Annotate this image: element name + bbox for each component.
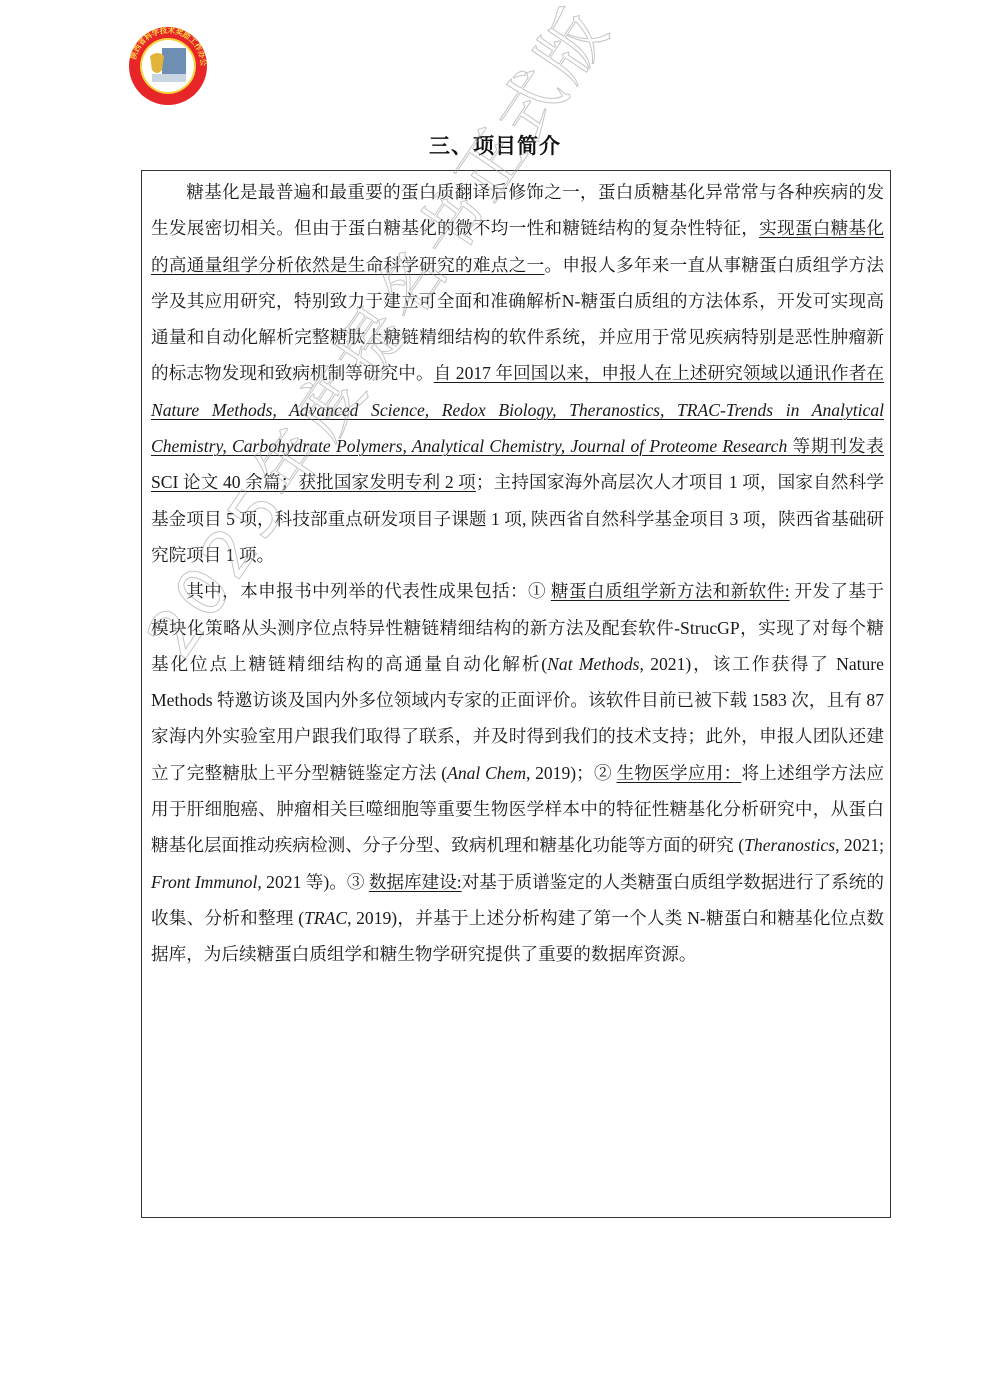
organization-seal-logo: 陕西省科学技术奖励工作办公室 [128,26,208,106]
summary-paragraph-2: 其中，本申报书中列举的代表性成果包括：① 糖蛋白质组学新方法和新软件: 开发了基… [151,573,884,972]
citation-journal: Theranostics [744,835,835,855]
achievement-2-title: 生物医学应用： [616,763,741,783]
achievement-1-title: 糖蛋白质组学新方法和新软件: [551,581,790,601]
organization-seal-icon: 陕西省科学技术奖励工作办公室 [128,26,208,106]
achievement-3-title: 数据库建设: [369,872,462,892]
summary-paragraph-1: 糖基化是最普遍和最重要的蛋白质翻译后修饰之一，蛋白质糖基化异常常与各种疾病的发生… [151,174,884,573]
citation-journal: Anal Chem [447,763,526,783]
section-title: 三、项目简介 [0,130,990,160]
highlight-publications-intro: 自 2017 年回国以来，申报人在上述研究领域以通讯作者在 [434,363,884,383]
citation-journal: Front Immunol [151,872,257,892]
project-summary-text: 糖基化是最普遍和最重要的蛋白质翻译后修饰之一，蛋白质糖基化异常常与各种疾病的发生… [151,174,884,973]
citation-journal: TRAC [304,908,347,928]
journal-list: Nature Methods, Advanced Science, Redox … [151,400,884,456]
citation-journal: Nat Methods [547,654,639,674]
